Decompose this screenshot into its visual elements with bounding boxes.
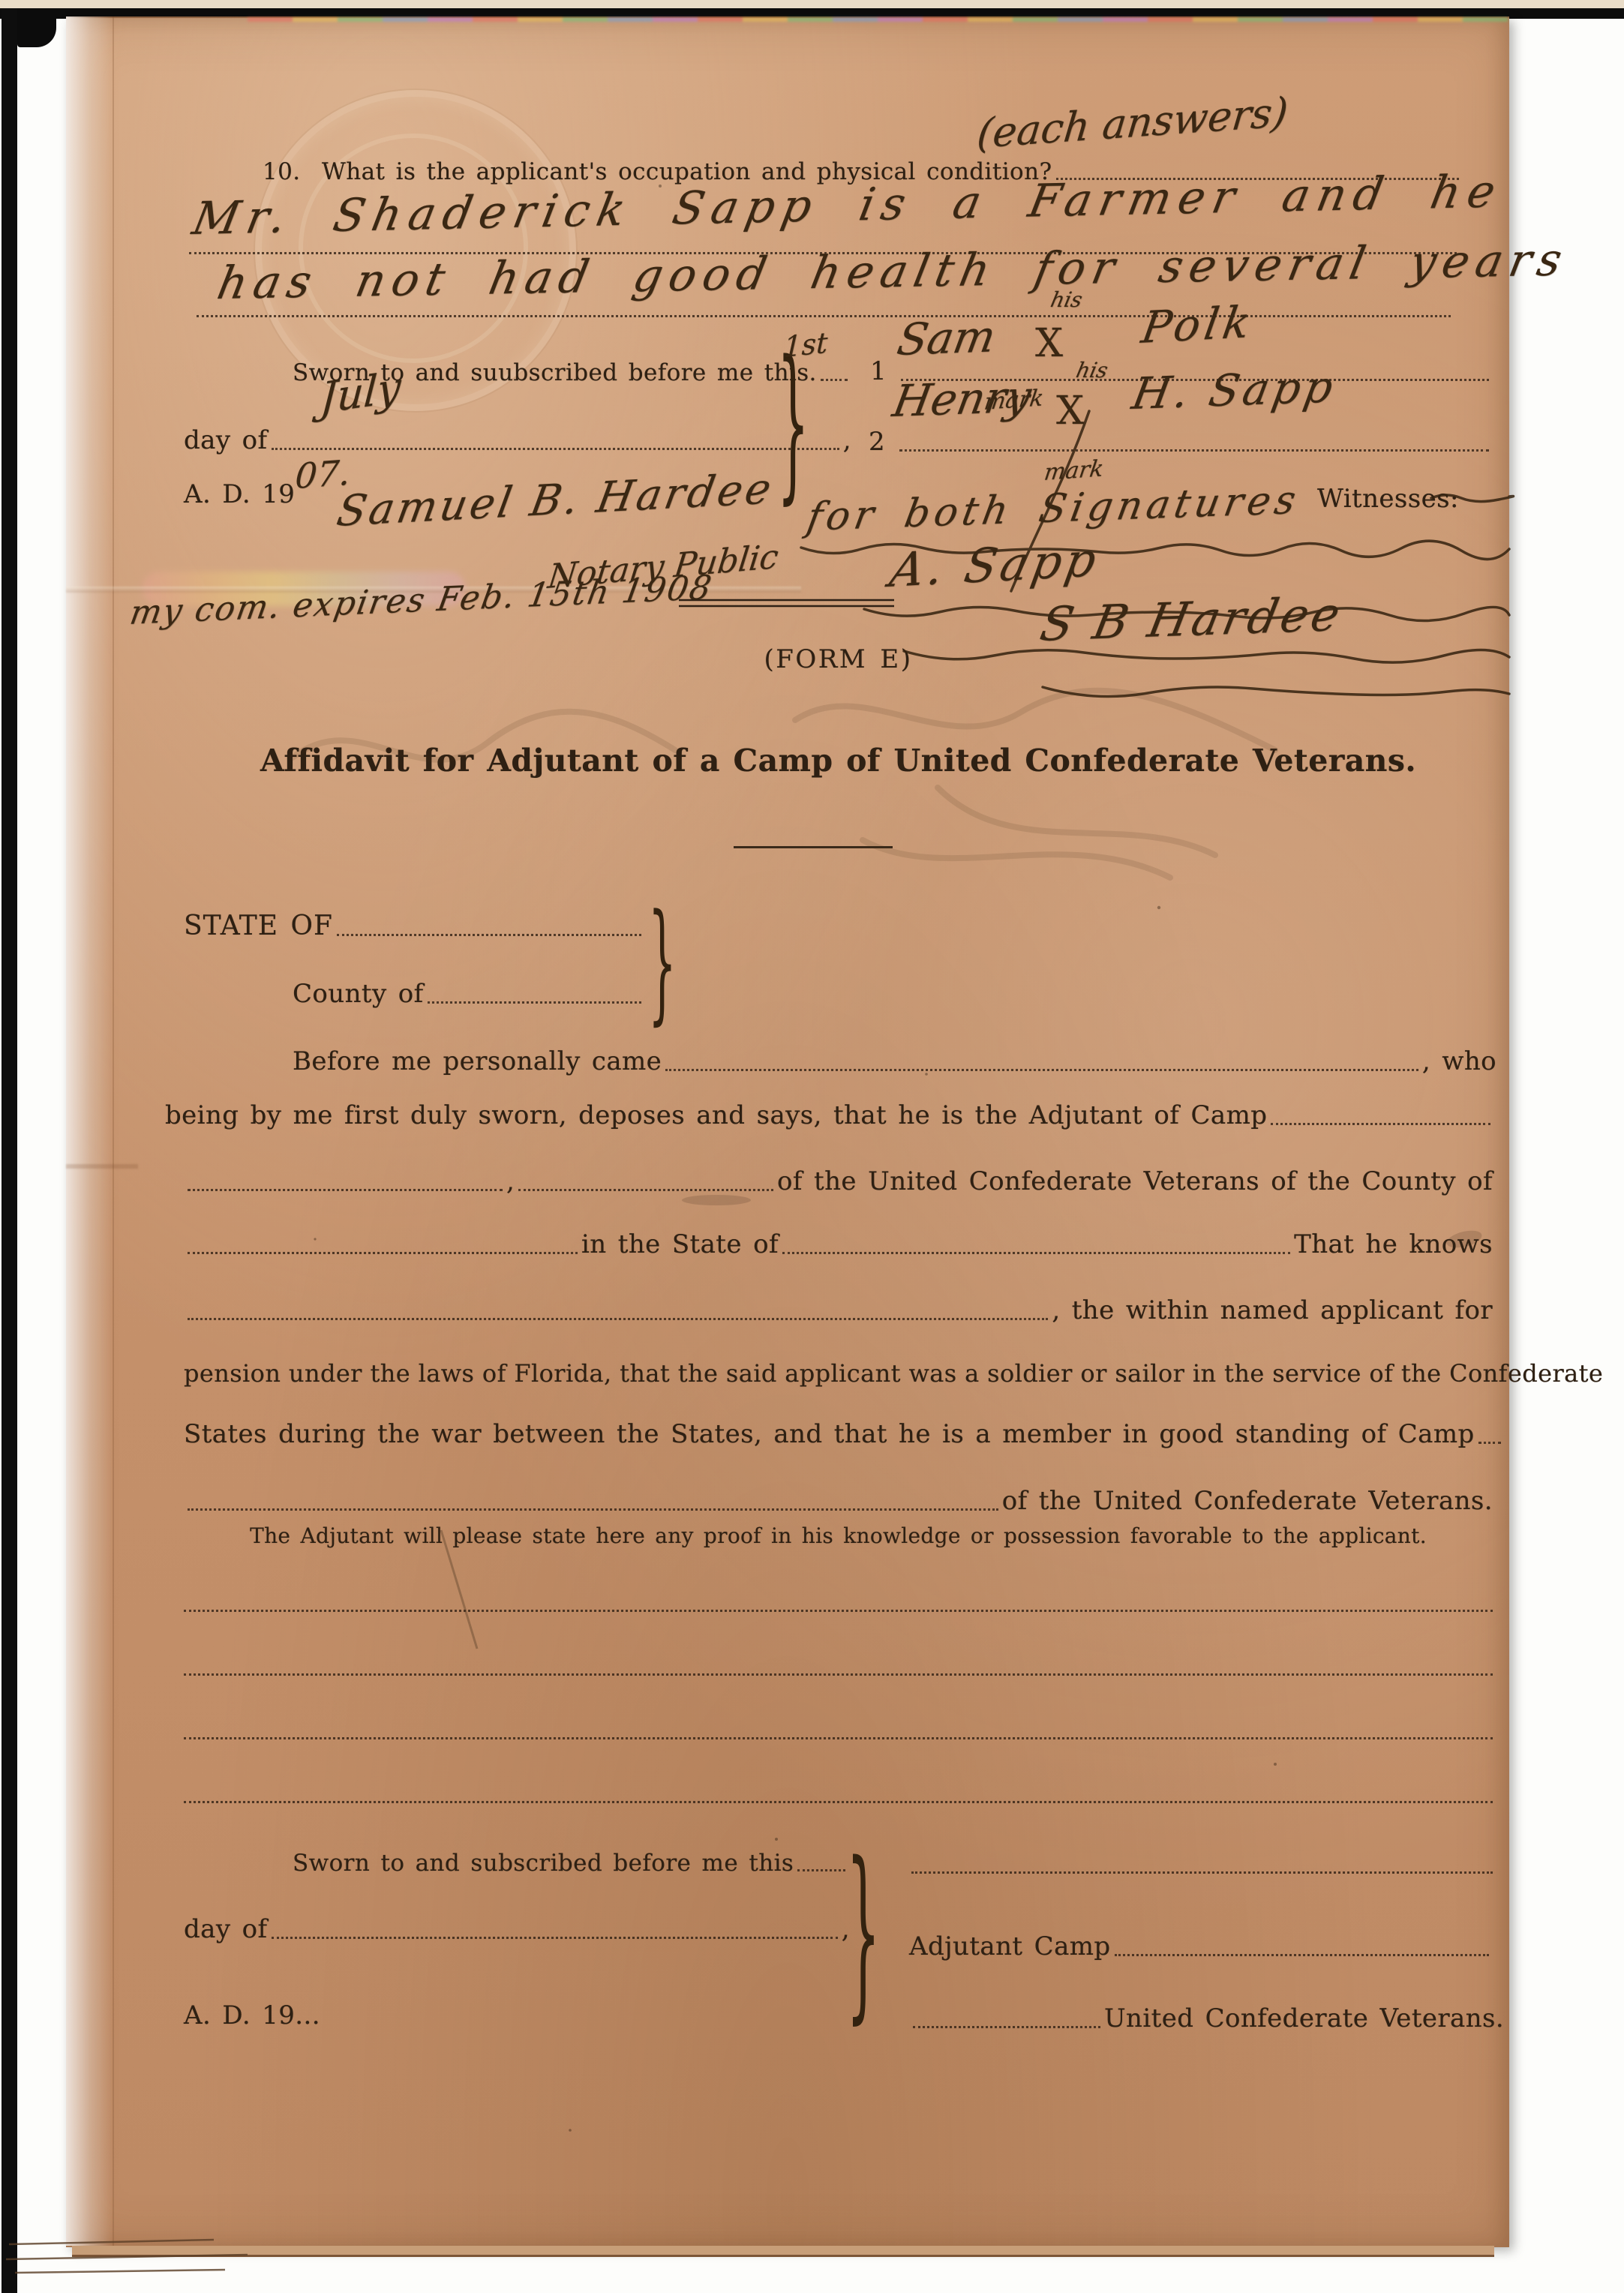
before-me-row: Before me personally came , who	[293, 1043, 1496, 1076]
county-of-label: County of	[293, 981, 424, 1008]
bottom-signature-line	[911, 1871, 1493, 1874]
day-of-row-top: day of ,	[184, 422, 851, 455]
ucv-bottom-text: United Confederate Veterans.	[1104, 2006, 1504, 2033]
witness-1-number: 1	[870, 359, 887, 386]
paper-curled-left-edge	[66, 17, 113, 2246]
states-text: States during the war between the States…	[184, 1421, 1475, 1448]
dotted-leader	[1271, 1123, 1490, 1125]
dotted-leader	[272, 448, 839, 450]
county-of-row: County of	[293, 975, 645, 1008]
dotted-leader	[1115, 1954, 1489, 1956]
witness-2-first-name: Henry	[890, 374, 1034, 423]
witness-signature-2: S B Hardee	[1037, 591, 1346, 648]
scanner-black-border-left	[2, 8, 17, 2293]
sworn-bottom-text: Sworn to and subscribed before me this	[293, 1851, 794, 1876]
title-divider-rule	[734, 846, 893, 848]
paper-left-fold-line	[113, 17, 114, 2246]
ucv-suffix-text: of the United Confederate Veterans.	[1002, 1488, 1493, 1515]
jurat-top-brace: }	[777, 339, 809, 506]
ad-bottom-text: A. D. 19...	[184, 2003, 320, 2030]
witness-2-his: his	[1074, 360, 1109, 381]
dotted-leader	[518, 1189, 773, 1191]
witness-1-last-name: Polk	[1139, 300, 1257, 350]
in-state-text: in the State of	[581, 1232, 779, 1259]
dotted-leader	[188, 1189, 503, 1191]
adjutant-camp-row: Adjutant Camp	[909, 1928, 1493, 1961]
sworn-bottom-row: Sworn to and subscribed before me this	[293, 1843, 849, 1876]
witness-1-x-mark: X	[1035, 324, 1063, 363]
witness-2-row: 2	[869, 423, 1493, 456]
who-suffix: , who	[1422, 1049, 1496, 1076]
dotted-leader	[337, 934, 641, 936]
form-caption-row: (FORM E)	[184, 641, 1493, 674]
mid-comma: ,	[506, 1169, 515, 1196]
dotted-leader	[188, 1252, 578, 1254]
dotted-leader	[797, 1869, 845, 1871]
witness-signature-1: A. Sapp	[887, 536, 1103, 594]
being-by-text: being by me first duly sworn, deposes an…	[165, 1103, 1267, 1130]
being-by-row: being by me first duly sworn, deposes an…	[165, 1097, 1494, 1130]
blank-proof-line-4	[184, 1801, 1493, 1803]
that-he-knows-text: That he knows	[1294, 1232, 1493, 1259]
witness-2-mark: mark	[1043, 458, 1105, 485]
dotted-leader	[188, 1318, 1048, 1320]
dotted-leader	[899, 449, 1489, 452]
pension-text: pension under the laws of Florida, that …	[184, 1361, 1603, 1387]
witnesses-label-row: Witnesses:	[1317, 480, 1467, 513]
paper-crease-small	[66, 1164, 138, 1169]
scanned-document-page: 10. What is the applicant's occupation a…	[0, 0, 1624, 2293]
dotted-leader	[1478, 1442, 1501, 1444]
ad-label-top: A. D. 19	[184, 482, 295, 509]
witness-1-first-name: Sam	[894, 314, 999, 362]
ucv-suffix-row: of the United Confederate Veterans.	[184, 1482, 1493, 1515]
page-title: Affidavit for Adjutant of a Camp of Unit…	[260, 745, 1416, 777]
states-row: States during the war between the States…	[184, 1415, 1493, 1448]
dotted-leader	[428, 1001, 641, 1004]
dotted-leader	[782, 1252, 1290, 1254]
day-of-row-bottom: day of ,	[184, 1910, 850, 1943]
day-of-label-bottom: day of	[184, 1916, 268, 1943]
dotted-leader	[821, 379, 848, 381]
witnesses-label: Witnesses:	[1317, 486, 1459, 513]
scanner-corner-shadow	[17, 19, 56, 47]
day-of-label-top: day of	[184, 428, 268, 455]
witness-1-his: his	[1049, 290, 1084, 311]
ucv-bottom-row: United Confederate Veterans.	[909, 2000, 1493, 2033]
title-row: Affidavit for Adjutant of a Camp of Unit…	[184, 738, 1493, 777]
handwritten-month: July	[319, 367, 402, 421]
dotted-leader	[188, 1508, 998, 1511]
state-of-label: STATE OF	[184, 912, 333, 941]
ucv-county-row: , of the United Confederate Veterans of …	[184, 1163, 1493, 1196]
blank-proof-line-2	[184, 1673, 1493, 1676]
blank-proof-line-1	[184, 1610, 1493, 1612]
pension-row: pension under the laws of Florida, that …	[184, 1354, 1493, 1387]
dotted-leader	[665, 1069, 1418, 1071]
before-me-text: Before me personally came	[293, 1049, 662, 1076]
dotted-leader	[913, 2026, 1100, 2028]
adjutant-camp-label: Adjutant Camp	[909, 1934, 1111, 1961]
dotted-leader	[272, 1937, 838, 1939]
form-caption: (FORM E)	[764, 647, 912, 674]
witness-2-number: 2	[869, 429, 885, 456]
witness-2-x-mark: X	[1056, 392, 1084, 431]
adjutant-note-text: The Adjutant will please state here any …	[250, 1525, 1427, 1547]
within-named-row: , the within named applicant for	[184, 1292, 1493, 1325]
scanner-top-sheet-edge	[0, 0, 1624, 8]
scan-rainbow-artifact-top	[248, 17, 1508, 22]
within-named-text: , the within named applicant for	[1052, 1298, 1493, 1325]
handwritten-day-number: 1st	[783, 328, 828, 362]
adjutant-note-row: The Adjutant will please state here any …	[184, 1514, 1493, 1547]
ucv-county-text: of the United Confederate Veterans of th…	[777, 1169, 1493, 1196]
venue-brace: }	[648, 897, 677, 1027]
in-state-row: in the State of That he knows	[184, 1226, 1493, 1259]
state-of-row: STATE OF	[184, 908, 645, 941]
comma-after-dots: ,	[843, 428, 851, 455]
jurat-bottom-brace: }	[846, 1838, 881, 2025]
blank-proof-line-3	[184, 1737, 1493, 1739]
answer-line-2-rule	[197, 315, 1451, 317]
underlying-sheet-edge	[72, 2246, 1494, 2257]
witness-2-last-name: H. Sapp	[1129, 365, 1340, 416]
ad-row-bottom: A. D. 19...	[184, 1997, 379, 2030]
